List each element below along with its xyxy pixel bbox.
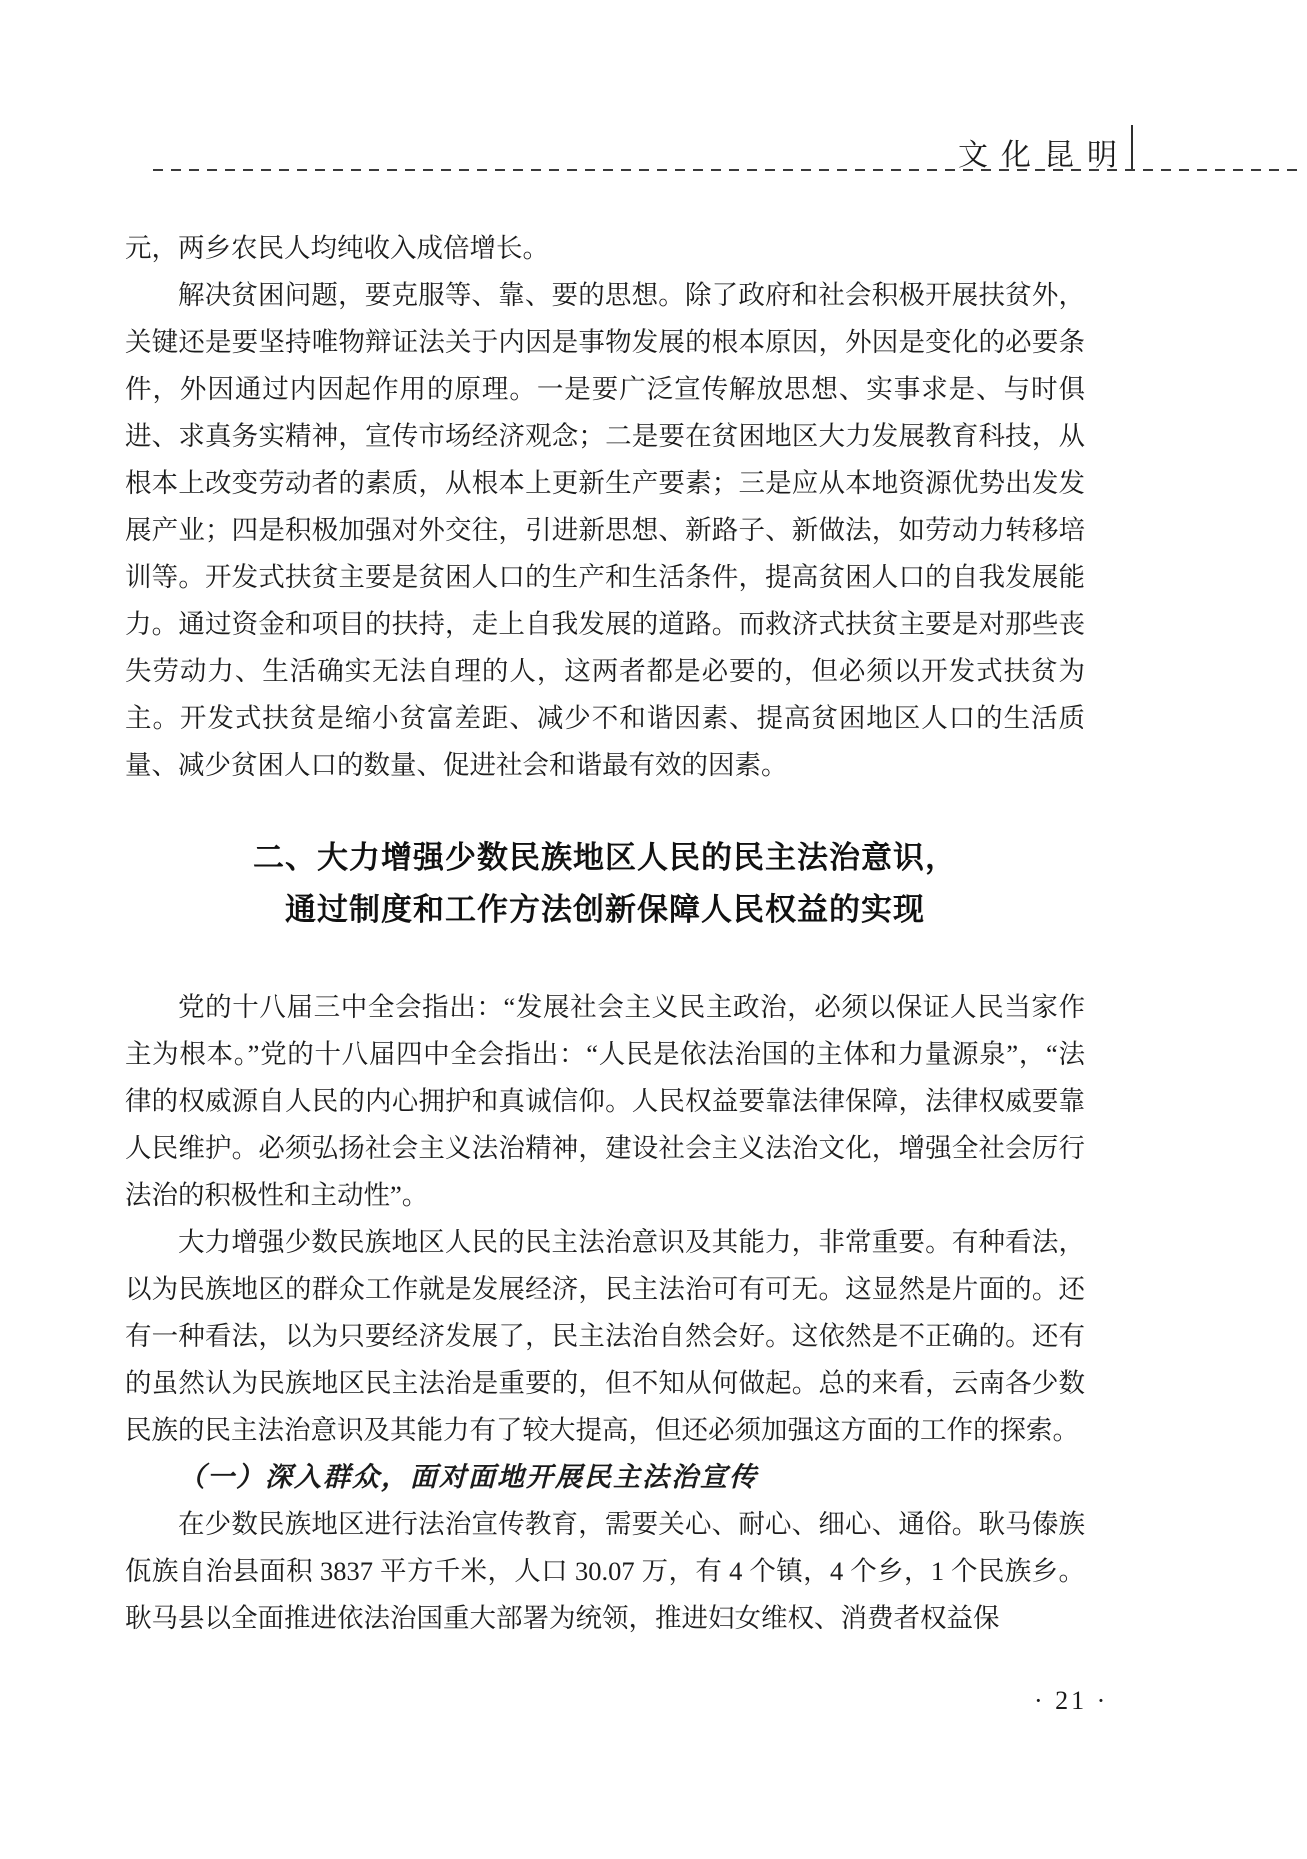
paragraph-importance-views: 大力增强少数民族地区人民的民主法治意识及其能力，非常重要。有种看法，以为民族地区… — [125, 1219, 1085, 1454]
header-dashed-rule — [153, 169, 1305, 171]
section-heading: 二、大力增强少数民族地区人民的民主法治意识， 通过制度和工作方法创新保障人民权益… — [125, 832, 1085, 936]
document-page: 文化昆明 元，两乡农民人均纯收入成倍增长。 解决贫困问题，要克服等、靠、要的思想… — [0, 0, 1307, 1859]
paragraph-plenum-quotes: 党的十八届三中全会指出：“发展社会主义民主政治，必须以保证人民当家作主为根本。”… — [125, 984, 1085, 1219]
page-body: 元，两乡农民人均纯收入成倍增长。 解决贫困问题，要克服等、靠、要的思想。除了政府… — [125, 225, 1085, 1642]
section-heading-line1: 二、大力增强少数民族地区人民的民主法治意识， — [125, 832, 1085, 884]
paragraph-continuation: 元，两乡农民人均纯收入成倍增长。 — [125, 225, 1085, 272]
running-head-title: 文化昆明 — [958, 130, 1130, 174]
section-heading-line2: 通过制度和工作方法创新保障人民权益的实现 — [125, 884, 1085, 936]
page-number: · 21 · — [1034, 1686, 1108, 1716]
header-vertical-divider — [1131, 125, 1133, 171]
paragraph-gengma-county: 在少数民族地区进行法治宣传教育，需要关心、耐心、细心、通俗。耿马傣族佤族自治县面… — [125, 1501, 1085, 1642]
paragraph-poverty-alleviation: 解决贫困问题，要克服等、靠、要的思想。除了政府和社会积极开展扶贫外，关键还是要坚… — [125, 272, 1085, 789]
subsection-heading: （一）深入群众，面对面地开展民主法治宣传 — [125, 1454, 1085, 1501]
